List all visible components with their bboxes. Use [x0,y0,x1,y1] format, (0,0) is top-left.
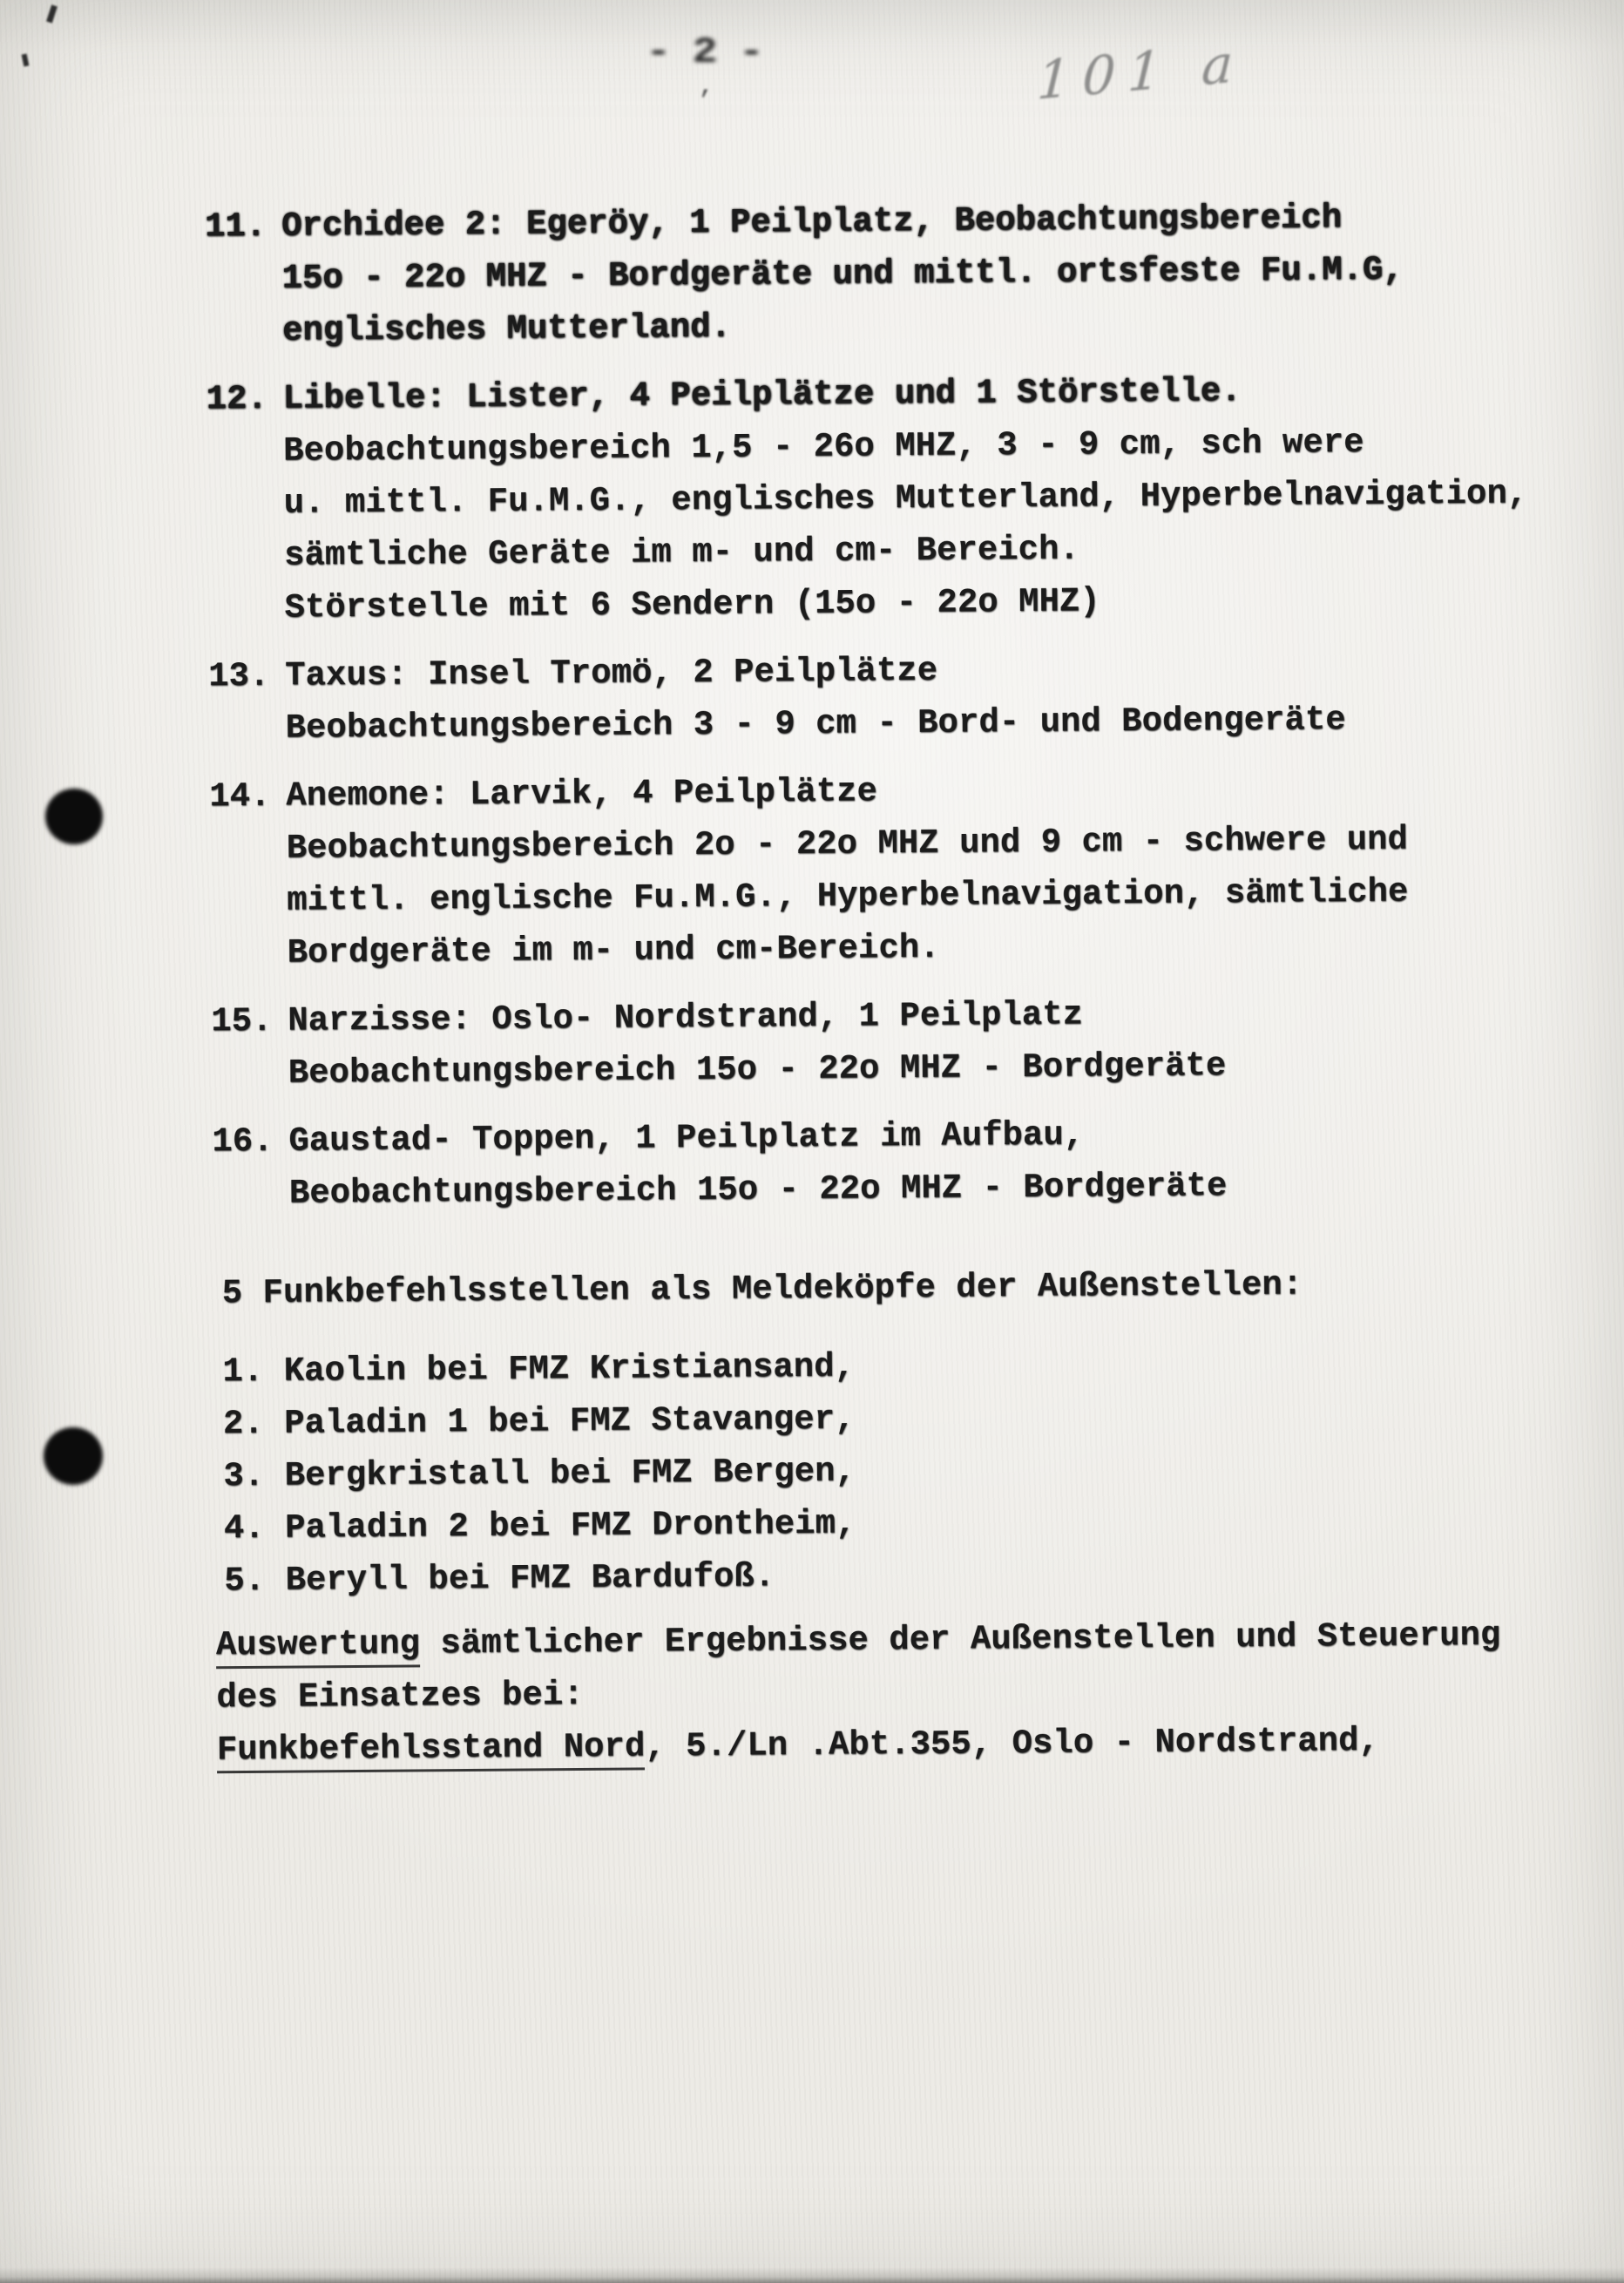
station-item-14: 14. Anemone: Larvik, 4 Peilplätze Beobac… [209,760,1605,980]
station-line: Taxus: Insel Tromö, 2 Peilplätze [285,641,1345,702]
station-text: Gaustad- Toppen, 1 Peilplatz im Aufbau, … [288,1108,1227,1219]
station-line: Narzisse: Oslo- Nordstrand, 1 Peilplatz [288,987,1226,1047]
station-item-16: 16. Gaustad- Toppen, 1 Peilplatz im Aufb… [212,1105,1607,1221]
station-number: 16. [212,1115,289,1221]
station-number: 14. [209,770,288,980]
station-line: Libelle: Lister, 4 Peilplätze und 1 Stör… [282,362,1526,424]
station-number: 11. [205,200,282,358]
station-line: Beobachtungsbereich 15o - 22o MHZ - Bord… [288,1040,1227,1099]
scan-artifact [46,4,58,23]
command-post-entry: 5. Beryll bei FMZ Bardufoß. [224,1544,1609,1607]
hole-punch [45,789,103,844]
station-number: 13. [208,650,286,755]
station-text: Taxus: Insel Tromö, 2 Peilplätze Beobach… [285,641,1346,755]
station-line: Beobachtungsbereich 2o - 22o MHZ und 9 c… [287,813,1409,874]
scanned-document-page: - 2 - ’ 101 a 11. Orchidee 2: Egeröy, 1 … [0,0,1624,2283]
evaluation-line: Funkbefehlsstand Nord, 5./Ln .Abt.355, O… [217,1713,1611,1777]
evaluation-line-rest: sämtlicher Ergebnisse der Außenstellen u… [420,1616,1501,1663]
station-text: Anemone: Larvik, 4 Peilplätze Beobachtun… [286,761,1409,979]
station-line: Gaustad- Toppen, 1 Peilplatz im Aufbau, [288,1108,1227,1167]
station-line: mittl. englische Fu.M.G., Hyperbelnaviga… [287,865,1409,926]
station-item-13: 13. Taxus: Insel Tromö, 2 Peilplätze Beo… [208,640,1603,755]
station-line: sämtliche Geräte im m- und cm- Bereich. [284,519,1528,581]
station-item-12: 12. Libelle: Lister, 4 Peilplätze und 1 … [206,362,1601,635]
evaluation-line: Auswertung sämtlicher Ergebnisse der Auß… [216,1609,1610,1672]
station-number: 12. [206,373,284,635]
evaluation-note: Auswertung sämtlicher Ergebnisse der Auß… [216,1609,1611,1777]
station-line: Beobachtungsbereich 3 - 9 cm - Bord- und… [285,694,1345,755]
station-text: Libelle: Lister, 4 Peilplätze und 1 Stör… [282,362,1528,633]
station-line: Störstelle mit 6 Sendern (15o - 22o MHZ) [284,572,1528,633]
typed-content: 11. Orchidee 2: Egeröy, 1 Peilplatz, Beo… [205,190,1611,1777]
station-line: 15o - 22o MHZ - Bordgeräte und mittl. or… [281,244,1404,305]
station-number: 15. [211,995,288,1101]
station-line: Beobachtungsbereich 1,5 - 26o MHZ, 3 - 9… [283,415,1527,477]
station-item-11: 11. Orchidee 2: Egeröy, 1 Peilplatz, Beo… [205,190,1600,358]
station-line: englisches Mutterland. [282,296,1404,357]
evaluation-line-rest: , 5./Ln .Abt.355, Oslo - Nordstrand, [645,1722,1379,1766]
station-line: Orchidee 2: Egeröy, 1 Peilplatz, Beobach… [281,192,1404,253]
station-line: Beobachtungsbereich 15o - 22o MHZ - Bord… [289,1160,1228,1219]
station-line: Bordgeräte im m- und cm-Bereich. [287,918,1409,979]
station-item-15: 15. Narzisse: Oslo- Nordstrand, 1 Peilpl… [211,985,1606,1101]
hole-punch [44,1427,103,1485]
handwritten-page-note: 101 a [1036,32,1247,112]
station-line: u. mittl. Fu.M.G., englisches Mutterland… [283,467,1527,529]
scan-artifact: ’ [697,87,713,117]
station-text: Orchidee 2: Egeröy, 1 Peilplatz, Beobach… [281,192,1404,357]
underlined-word: Auswertung [216,1624,420,1669]
underlined-command-post: Funkbefehlsstand Nord [217,1727,646,1773]
page-number: - 2 - [604,31,804,73]
scan-artifact [22,54,30,67]
station-text: Narzisse: Oslo- Nordstrand, 1 Peilplatz … [288,987,1226,1099]
command-posts-heading: 5 Funkbefehlsstellen als Meldeköpfe der … [222,1257,1607,1319]
station-line: Anemone: Larvik, 4 Peilplätze [286,761,1408,822]
command-posts-list: 1. Kaolin bei FMZ Kristiansand, 2. Palad… [222,1335,1609,1607]
